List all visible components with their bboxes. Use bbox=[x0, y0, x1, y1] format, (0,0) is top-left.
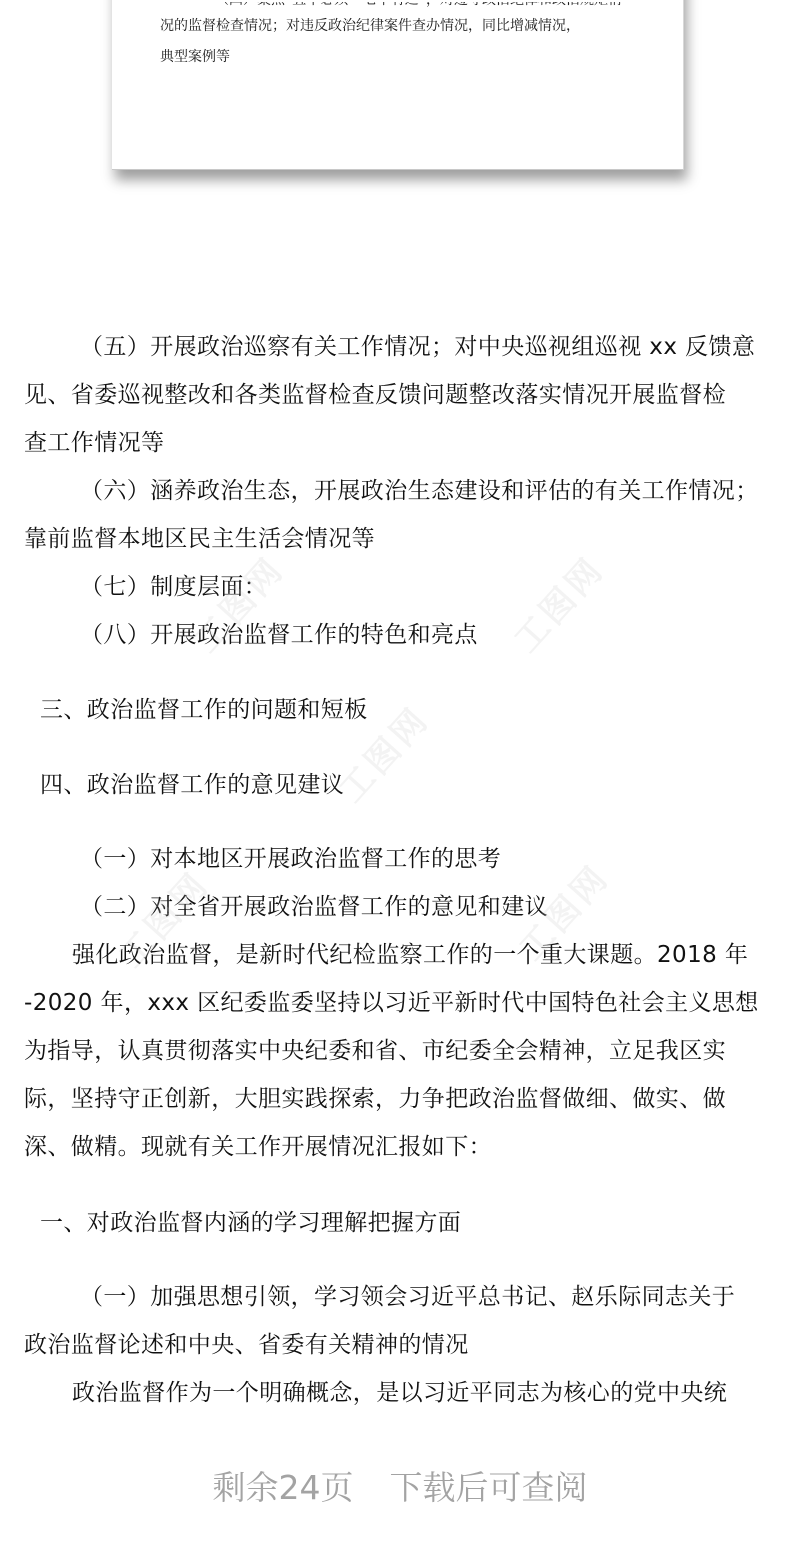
watermark-logo: 工图网 bbox=[501, 544, 614, 662]
paragraph-line: -2020 年，xxx 区纪委监委坚持以习近平新时代中国特色社会主义思想 bbox=[24, 988, 759, 1018]
subheading: （八）开展政治监督工作的特色和亮点 bbox=[80, 620, 478, 650]
paragraph-line: 深、做精。现就有关工作开展情况汇报如下： bbox=[24, 1132, 492, 1162]
subheading: （一）加强思想引领，学习领会习近平总书记、赵乐际同志关于 bbox=[80, 1282, 735, 1312]
paragraph-line: 政治监督论述和中央、省委有关精神的情况 bbox=[24, 1330, 469, 1360]
remaining-pages-label: 剩余24页 bbox=[213, 1468, 354, 1507]
section-heading: 三、政治监督工作的问题和短板 bbox=[40, 695, 368, 725]
paragraph-line: 际，坚持守正创新，大胆实践探索，力争把政治监督做细、做实、做 bbox=[24, 1084, 726, 1114]
subheading: （二）对全省开展政治监督工作的意见和建议 bbox=[80, 892, 548, 922]
preview-line: （四）聚焦“五个必须”“七个有之”，对遵守政治纪律和政治规矩情 bbox=[215, 0, 622, 10]
preview-line: 典型案例等 bbox=[160, 47, 230, 67]
section-heading: 四、政治监督工作的意见建议 bbox=[40, 770, 344, 800]
paragraph-line: 查工作情况等 bbox=[24, 428, 164, 458]
paragraph-line: 见、省委巡视整改和各类监督检查反馈问题整改落实情况开展监督检 bbox=[24, 380, 726, 410]
paragraph-line: 强化政治监督，是新时代纪检监察工作的一个重大课题。2018 年 bbox=[72, 940, 748, 970]
download-prompt-label: 下载后可查阅 bbox=[390, 1468, 588, 1507]
paragraph-line: 靠前监督本地区民主生活会情况等 bbox=[24, 524, 375, 554]
paragraph-line: （六）涵养政治生态，开展政治生态建设和评估的有关工作情况； bbox=[80, 476, 759, 506]
paragraph-line: 为指导，认真贯彻落实中央纪委和省、市纪委全会精神，立足我区实 bbox=[24, 1036, 726, 1066]
subheading: （一）对本地区开展政治监督工作的思考 bbox=[80, 844, 501, 874]
preview-page-card: （四）聚焦“五个必须”“七个有之”，对遵守政治纪律和政治规矩情 况的监督检查情况… bbox=[112, 0, 684, 170]
subheading: （七）制度层面： bbox=[80, 572, 267, 602]
download-to-read-more-button[interactable]: 剩余24页下载后可查阅 bbox=[0, 1466, 800, 1510]
paragraph-line: （五）开展政治巡察有关工作情况；对中央巡视组巡视 xx 反馈意 bbox=[80, 332, 755, 362]
preview-line: 况的监督检查情况；对违反政治纪律案件查办情况，同比增减情况， bbox=[160, 16, 580, 36]
paragraph-line: 政治监督作为一个明确概念，是以习近平同志为核心的党中央统 bbox=[72, 1378, 727, 1408]
section-heading: 一、对政治监督内涵的学习理解把握方面 bbox=[40, 1208, 461, 1238]
